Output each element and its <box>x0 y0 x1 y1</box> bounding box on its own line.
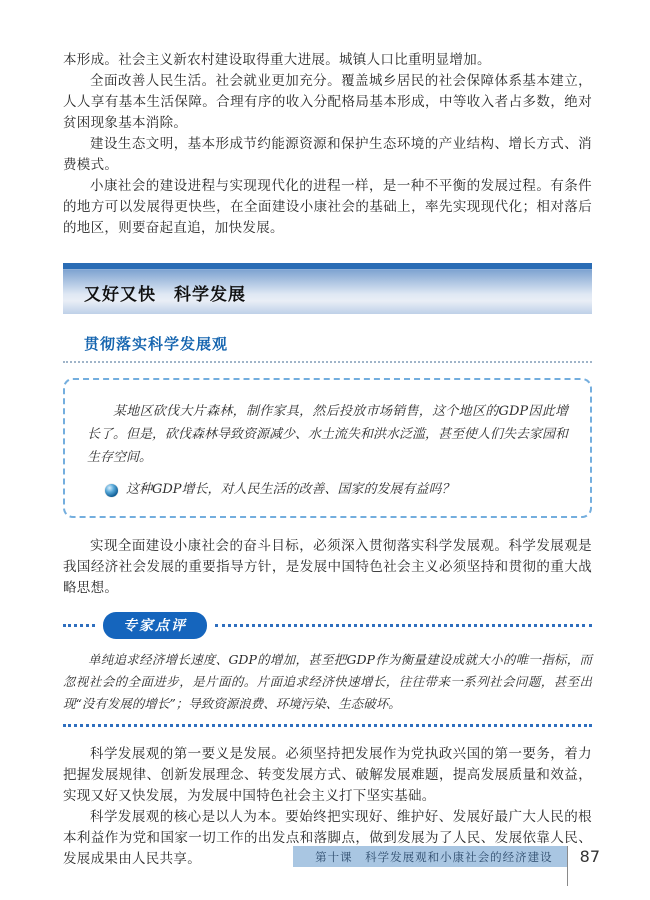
expert-comment-text: 单纯追求经济增长速度、GDP的增加，甚至把GDP作为衡量建设成就大小的唯一指标，… <box>63 649 592 715</box>
page-footer: 第十课 科学发展观和小康社会的经济建设 87 <box>0 846 650 890</box>
activity-paragraph: 某地区砍伐大片森林，制作家具，然后投放市场销售，这个地区的GDP因此增长了。但是… <box>87 400 568 469</box>
paragraph-ecology: 建设生态文明，基本形成节约能源资源和保护生态环境的产业结构、增长方式、消费模式。 <box>63 134 592 176</box>
section-title: 又好又快 科学发展 <box>63 280 246 305</box>
textbook-page: 本形成。社会主义新农村建设取得重大进展。城镇人口比重明显增加。 全面改善人民生活… <box>0 0 650 900</box>
subtitle-dotted-divider <box>63 361 592 363</box>
footer-lesson-bar: 第十课 科学发展观和小康社会的经济建设 <box>293 846 567 867</box>
paragraph-uneven-development: 小康社会的建设进程与实现现代化的进程一样，是一种不平衡的发展过程。有条件的地方可… <box>63 176 592 239</box>
section-header-gradient: 又好又快 科学发展 <box>63 270 592 314</box>
blue-sphere-icon <box>105 484 118 497</box>
footer-inner: 第十课 科学发展观和小康社会的经济建设 87 <box>293 846 600 886</box>
paragraph-first-essential: 科学发展观的第一要义是发展。必须坚持把发展作为党执政兴国的第一要务，着力把握发展… <box>63 744 592 807</box>
activity-question-row: 这种GDP增长，对人民生活的改善、国家的发展有益吗？ <box>87 480 568 500</box>
paragraph-scientific-outlook-intro: 实现全面建设小康社会的奋斗目标，必须深入贯彻落实科学发展观。科学发展观是我国经济… <box>63 536 592 599</box>
dotted-line-left <box>63 624 95 627</box>
activity-box: 某地区砍伐大片森林，制作家具，然后投放市场销售，这个地区的GDP因此增长了。但是… <box>63 378 592 518</box>
section-header-bar: 又好又快 科学发展 <box>63 263 592 314</box>
expert-comment-badge: 专家点评 <box>103 612 207 639</box>
paragraph-livelihood: 全面改善人民生活。社会就业更加充分。覆盖城乡居民的社会保障体系基本建立，人人享有… <box>63 71 592 134</box>
dotted-line-right <box>215 624 592 627</box>
paragraph-continuation: 本形成。社会主义新农村建设取得重大进展。城镇人口比重明显增加。 <box>63 50 592 71</box>
section-subtitle: 贯彻落实科学发展观 <box>63 333 592 354</box>
expert-comment-header: 专家点评 <box>63 612 592 639</box>
footer-page-number: 87 <box>568 846 600 866</box>
section-header-strip <box>63 263 592 270</box>
footer-lesson-title: 第十课 科学发展观和小康社会的经济建设 <box>315 849 553 865</box>
expert-comment-bottom-divider <box>63 724 592 727</box>
activity-question-text: 这种GDP增长，对人民生活的改善、国家的发展有益吗？ <box>126 480 455 500</box>
